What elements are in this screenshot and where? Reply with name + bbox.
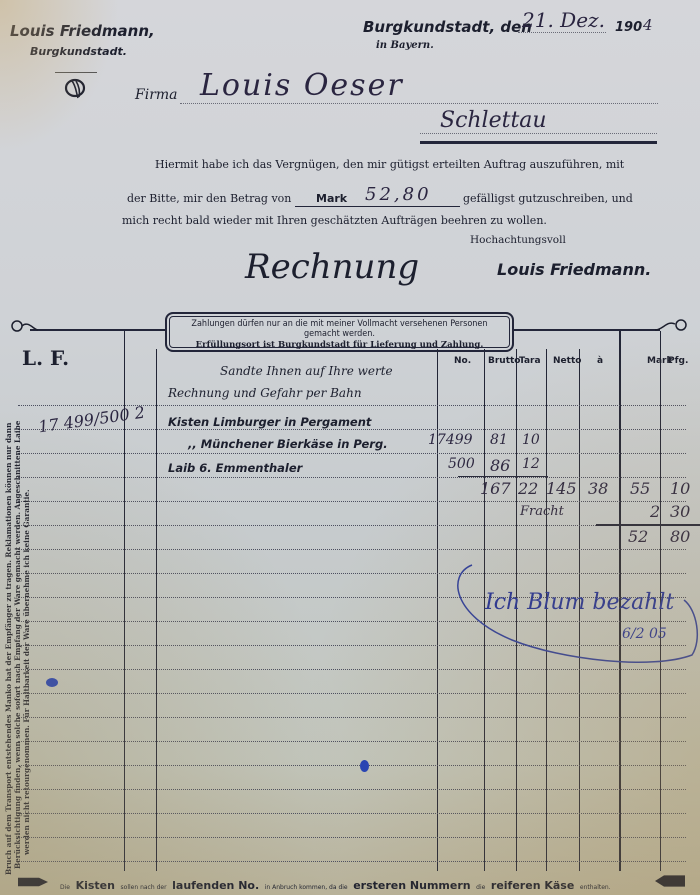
recipient-name: Louis Oeser	[200, 68, 404, 103]
table-rule	[18, 501, 686, 502]
item-no: 500	[448, 456, 475, 472]
total-netto: 145	[546, 479, 577, 498]
item-tara: 10	[522, 432, 540, 448]
pointing-hand-right-icon	[18, 876, 48, 888]
scroll-ornament-left-icon	[8, 318, 38, 334]
table-rule	[18, 549, 686, 550]
table-rule	[18, 837, 686, 838]
total-tara: 22	[518, 479, 538, 498]
total-mark: 55	[630, 479, 650, 498]
payment-annotation-date: 6/2 05	[622, 626, 667, 642]
side-text-line-3: werden nicht retourgenommen. Für Haltbar…	[22, 421, 31, 875]
item-brutto: 86	[490, 456, 510, 475]
footer-note: Die Kisten sollen nach der laufenden No.…	[60, 874, 611, 893]
col-header-tara: Tara	[519, 356, 541, 366]
payment-annotation: Ich Blum bezahlt	[485, 590, 674, 615]
table-rule	[18, 693, 686, 694]
total-pfg: 10	[670, 479, 690, 498]
item-no: 17499	[428, 432, 473, 448]
footer-text: ersteren Nummern	[353, 879, 470, 892]
footer-text: Die	[60, 884, 70, 891]
table-rule	[18, 789, 686, 790]
footer-text: enthalten.	[580, 884, 611, 891]
grand-total-mark: 52	[628, 527, 648, 546]
col-header-netto: Netto	[553, 356, 581, 366]
column-line	[156, 349, 157, 871]
date-handwritten: 21. Dez.	[522, 8, 605, 32]
table-rule	[18, 813, 686, 814]
amount-underline	[295, 206, 460, 207]
table-rule	[18, 861, 686, 862]
sum-rule	[458, 476, 548, 477]
payment-notice-box: Zahlungen dürfen nur an die mit meiner V…	[165, 312, 514, 352]
company-city: Burgkundstadt.	[30, 45, 127, 58]
table-rule	[18, 453, 686, 454]
item-tara: 12	[522, 456, 540, 472]
col-header-pfg: Pfg.	[668, 356, 688, 366]
closing: Hochachtungsvoll	[470, 234, 566, 246]
footer-text: laufenden No.	[172, 879, 259, 892]
footer-text: reiferen Käse	[491, 879, 574, 892]
total-brutto: 167	[480, 479, 511, 498]
table-rule	[18, 477, 686, 478]
company-name: Louis Friedmann,	[10, 22, 155, 40]
ink-blot	[360, 760, 369, 772]
date-line	[518, 32, 606, 33]
intro-line-2: Rechnung und Gefahr per Bahn	[168, 386, 362, 400]
table-rule	[18, 741, 686, 742]
header-rule-left	[30, 329, 165, 331]
grand-total-pfg: 80	[670, 527, 690, 546]
item-description: Laib 6. Emmenthaler	[168, 461, 302, 475]
item-description: Kisten Limburger in Pergament	[168, 415, 371, 429]
side-number-handwritten: 17 499/500 2	[37, 403, 146, 437]
blue-circle-mark-icon	[452, 560, 700, 680]
merchant-mark: L. F.	[22, 346, 69, 370]
side-conditions-text: Bruch auf dem Transport entstehendes Man…	[4, 421, 31, 875]
pointing-hand-left-icon	[655, 874, 685, 888]
freight-label: Fracht	[520, 504, 564, 519]
grand-total-rule	[596, 524, 700, 526]
table-rule	[18, 429, 686, 430]
city-underline	[420, 141, 657, 144]
region: in Bayern.	[376, 40, 434, 51]
table-rule	[18, 717, 686, 718]
body-line-2-post: gefälligst gutzuschreiben, und	[463, 192, 633, 205]
invoice-title: Rechnung	[245, 247, 419, 287]
footer-text: Kisten	[76, 879, 115, 892]
footer-text: in Anbruch kommen, da die	[265, 884, 348, 891]
recipient-city: Schlettau	[440, 108, 547, 133]
item-brutto: 81	[490, 432, 508, 448]
body-line-3: mich recht bald wieder mit Ihren geschät…	[122, 214, 547, 227]
col-header-a: à	[597, 356, 603, 366]
freight-mark: 2	[650, 502, 660, 521]
column-line	[437, 349, 438, 871]
footer-text: die	[476, 884, 485, 891]
body-line-1: Hiermit habe ich das Vergnügen, den mir …	[155, 158, 624, 171]
mark-label: Mark	[316, 192, 347, 205]
notice-line-2: Erfüllungsort ist Burgkundstadt für Lief…	[167, 340, 512, 350]
place-printed: Burgkundstadt, den	[363, 18, 532, 36]
signature: Louis Friedmann.	[497, 260, 651, 279]
col-header-brutto: Brutto	[488, 356, 521, 366]
side-text-line-1: Bruch auf dem Transport entstehendes Man…	[4, 421, 13, 875]
table-rule	[18, 525, 686, 526]
notice-line-1: Zahlungen dürfen nur an die mit meiner V…	[184, 319, 495, 339]
freight-pfg: 30	[670, 502, 690, 521]
year-handwritten: 4	[643, 16, 653, 34]
cheese-wheel-logo-icon	[64, 78, 86, 100]
footer-text: sollen nach der	[121, 884, 167, 891]
side-text-line-2: Berücksichtigung finden, wenn solche sof…	[13, 421, 22, 875]
year-printed: 190	[615, 20, 642, 35]
amount-handwritten: 52,80	[365, 184, 432, 205]
city-line	[420, 133, 657, 134]
item-description: ,, Münchener Bierkäse in Perg.	[188, 437, 388, 451]
invoice-document: Louis Friedmann, Burgkundstadt. Burgkund…	[0, 0, 700, 895]
col-header-no: No.	[454, 356, 471, 366]
firma-label: Firma	[135, 87, 178, 103]
table-rule	[18, 765, 686, 766]
body-line-2-pre: der Bitte, mir den Betrag von	[127, 192, 291, 205]
firma-line	[180, 103, 658, 104]
intro-line-1: Sandte Ihnen auf Ihre werte	[220, 364, 393, 378]
logo-rule	[55, 72, 97, 73]
ink-blot	[46, 678, 58, 687]
header-rule-right	[510, 329, 660, 331]
total-a: 38	[588, 479, 608, 498]
